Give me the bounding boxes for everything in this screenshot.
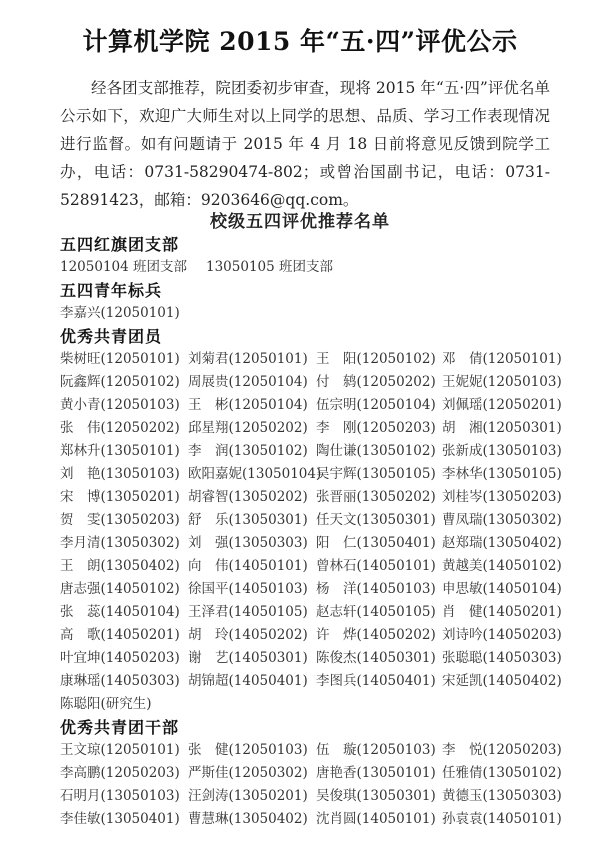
name-item: 李 润(13050102) <box>188 440 308 463</box>
name-item: 张 健(12050103) <box>188 739 308 762</box>
name-item: 王 彬(12050104) <box>188 394 308 417</box>
name-item: 高 歌(14050201) <box>60 624 180 647</box>
name-item: 石明月(13050103) <box>60 785 180 808</box>
name-item: 严斯佳(12050302) <box>188 762 308 785</box>
excellent-members-table: 柴树旺(12050101)刘菊君(12050101)王 阳(12050102)邓… <box>60 348 560 716</box>
name-item: 黄越美(14050102) <box>442 555 562 578</box>
table-row: 高 歌(14050201)胡 玲(14050202)许 烨(14050202)刘… <box>60 624 560 647</box>
table-row: 陈聪阳(研究生) <box>60 693 560 716</box>
name-item: 任雅倩(13050102) <box>442 762 562 785</box>
name-item: 付 鸫(12050202) <box>316 371 436 394</box>
name-item: 胡锦超(14050401) <box>188 670 308 693</box>
name-item: 王文琼(12050101) <box>60 739 180 762</box>
table-row: 柴树旺(12050101)刘菊君(12050101)王 阳(12050102)邓… <box>60 348 560 371</box>
name-item: 黄小青(12050103) <box>60 394 180 417</box>
name-item: 李高鹏(12050203) <box>60 762 180 785</box>
table-row: 石明月(13050103)汪剑涛(13050201)吴俊琪(13050301)黄… <box>60 785 560 808</box>
name-item: 吴俊琪(13050301) <box>316 785 436 808</box>
name-item: 张 蕊(14050104) <box>60 601 180 624</box>
name-item: 刘诗吟(14050203) <box>442 624 562 647</box>
name-item: 赵郑瑞(13050402) <box>442 532 562 555</box>
table-row: 王文琼(12050101)张 健(12050103)伍 璇(12050103)李… <box>60 739 560 762</box>
name-item: 陈俊杰(14050301) <box>316 647 436 670</box>
name-item: 王 朗(13050402) <box>60 555 180 578</box>
name-item: 唐艳香(13050101) <box>316 762 436 785</box>
name-item: 周展贵(12050104) <box>188 371 308 394</box>
name-item: 胡 湘(12050301) <box>442 417 562 440</box>
name-item: 叶宜坤(14050203) <box>60 647 180 670</box>
name-item: 王泽君(14050105) <box>188 601 308 624</box>
table-row: 张 伟(12050202)邱星翔(12050202)李 刚(12050203)胡… <box>60 417 560 440</box>
list-row: 李嘉兴(12050101) <box>60 302 560 325</box>
section-heading-excellent-cadres: 优秀共青团干部 <box>60 716 560 739</box>
name-item: 李佳敏(13050401) <box>60 808 180 831</box>
name-item: 贺 雯(13050203) <box>60 509 180 532</box>
name-item: 陈聪阳(研究生) <box>60 693 152 716</box>
list-subtitle: 校级五四评优推荐名单 <box>0 207 600 232</box>
table-row: 李月清(13050302)刘 强(13050303)阳 仁(13050401)赵… <box>60 532 560 555</box>
name-item: 舒 乐(13050301) <box>188 509 308 532</box>
name-item: 邱星翔(12050202) <box>188 417 308 440</box>
name-item: 沈肖圆(14050101) <box>316 808 436 831</box>
name-item: 任天文(13050301) <box>316 509 436 532</box>
announcement-text: 经各团支部推荐，院团委初步审查，现将 2015 年“五·四”评优名单公示如下，欢… <box>60 79 550 209</box>
name-item: 刘 强(13050303) <box>188 532 308 555</box>
name-item: 柴树旺(12050101) <box>60 348 180 371</box>
name-item: 曹慧琳(13050402) <box>188 808 308 831</box>
name-item: 欧阳嘉妮(13050104) <box>188 463 321 486</box>
section-heading-youth-model: 五四青年标兵 <box>60 279 560 302</box>
table-row: 张 蕊(14050104)王泽君(14050105)赵志轩(14050105)肖… <box>60 601 560 624</box>
name-item: 杨 洋(14050103) <box>316 578 436 601</box>
table-row: 王 朗(13050402)向 伟(14050101)曾林石(14050101)黄… <box>60 555 560 578</box>
name-item: 黄德玉(13050303) <box>442 785 562 808</box>
table-row: 阮鑫辉(12050102)周展贵(12050104)付 鸫(12050202)王… <box>60 371 560 394</box>
name-item: 刘菊君(12050101) <box>188 348 308 371</box>
name-item: 宋 博(13050201) <box>60 486 180 509</box>
table-row: 李高鹏(12050203)严斯佳(12050302)唐艳香(13050101)任… <box>60 762 560 785</box>
name-item: 汪剑涛(13050201) <box>188 785 308 808</box>
section-heading-excellent-members: 优秀共青团员 <box>60 325 560 348</box>
name-item: 李 刚(12050203) <box>316 417 436 440</box>
table-row: 刘 艳(13050103)欧阳嘉妮(13050104)吴宇辉(13050105)… <box>60 463 560 486</box>
document-title: 计算机学院 2015 年“五·四”评优公示 <box>0 22 600 58</box>
section-heading-red-flag: 五四红旗团支部 <box>60 233 560 256</box>
name-item: 谢 艺(14050301) <box>188 647 308 670</box>
table-row: 叶宜坤(14050203)谢 艺(14050301)陈俊杰(14050301)张… <box>60 647 560 670</box>
name-item: 邓 倩(12050101) <box>442 348 562 371</box>
name-item: 刘桂岑(13050203) <box>442 486 562 509</box>
name-item: 陶仕谦(13050102) <box>316 440 436 463</box>
name-item: 王妮妮(12050103) <box>442 371 562 394</box>
name-item: 康琳瑶(14050303) <box>60 670 180 693</box>
name-item: 刘佩瑶(12050201) <box>442 394 562 417</box>
name-item: 曹凤瑞(13050302) <box>442 509 562 532</box>
table-row: 唐志强(14050102)徐国平(14050103)杨 洋(14050103)申… <box>60 578 560 601</box>
name-item: 徐国平(14050103) <box>188 578 308 601</box>
name-item: 伍 璇(12050103) <box>316 739 436 762</box>
table-row: 李佳敏(13050401)曹慧琳(13050402)沈肖圆(14050101)孙… <box>60 808 560 831</box>
table-row: 郑林升(13050101)李 润(13050102)陶仕谦(13050102)张… <box>60 440 560 463</box>
name-item: 李月清(13050302) <box>60 532 180 555</box>
name-item: 胡 玲(14050202) <box>188 624 308 647</box>
list-row: 12050104 班团支部 13050105 班团支部 <box>60 256 560 279</box>
branch-item: 12050104 班团支部 <box>60 256 187 279</box>
name-item: 阮鑫辉(12050102) <box>60 371 180 394</box>
name-item: 申思敏(14050104) <box>442 578 562 601</box>
name-item: 许 烨(14050202) <box>316 624 436 647</box>
name-item: 李图兵(14050401) <box>316 670 436 693</box>
name-item: 唐志强(14050102) <box>60 578 180 601</box>
nomination-list: 五四红旗团支部 12050104 班团支部 13050105 班团支部 五四青年… <box>60 233 560 831</box>
table-row: 康琳瑶(14050303)胡锦超(14050401)李图兵(14050401)宋… <box>60 670 560 693</box>
name-item: 胡睿智(13050202) <box>188 486 308 509</box>
name-item: 曾林石(14050101) <box>316 555 436 578</box>
name-item: 张新成(13050103) <box>442 440 562 463</box>
name-item: 郑林升(13050101) <box>60 440 180 463</box>
announcement-paragraph: 经各团支部推荐，院团委初步审查，现将 2015 年“五·四”评优名单公示如下，欢… <box>60 74 550 214</box>
table-row: 黄小青(12050103)王 彬(12050104)伍宗明(12050104)刘… <box>60 394 560 417</box>
name-item: 肖 健(14050201) <box>442 601 562 624</box>
name-item: 王 阳(12050102) <box>316 348 436 371</box>
name-item: 吴宇辉(13050105) <box>316 463 436 486</box>
name-item: 张晋丽(13050202) <box>316 486 436 509</box>
name-item: 向 伟(14050101) <box>188 555 308 578</box>
name-item: 宋延凯(14050402) <box>442 670 562 693</box>
name-item: 赵志轩(14050105) <box>316 601 436 624</box>
name-item: 阳 仁(13050401) <box>316 532 436 555</box>
table-row: 贺 雯(13050203)舒 乐(13050301)任天文(13050301)曹… <box>60 509 560 532</box>
table-row: 宋 博(13050201)胡睿智(13050202)张晋丽(13050202)刘… <box>60 486 560 509</box>
branch-item: 13050105 班团支部 <box>206 256 333 279</box>
name-item: 刘 艳(13050103) <box>60 463 180 486</box>
excellent-cadres-table: 王文琼(12050101)张 健(12050103)伍 璇(12050103)李… <box>60 739 560 831</box>
name-item: 李嘉兴(12050101) <box>60 302 180 325</box>
name-item: 张聪聪(14050303) <box>442 647 562 670</box>
name-item: 李 悦(12050203) <box>442 739 562 762</box>
name-item: 李林华(13050105) <box>442 463 562 486</box>
name-item: 伍宗明(12050104) <box>316 394 436 417</box>
name-item: 张 伟(12050202) <box>60 417 180 440</box>
name-item: 孙袁袁(14050101) <box>442 808 562 831</box>
